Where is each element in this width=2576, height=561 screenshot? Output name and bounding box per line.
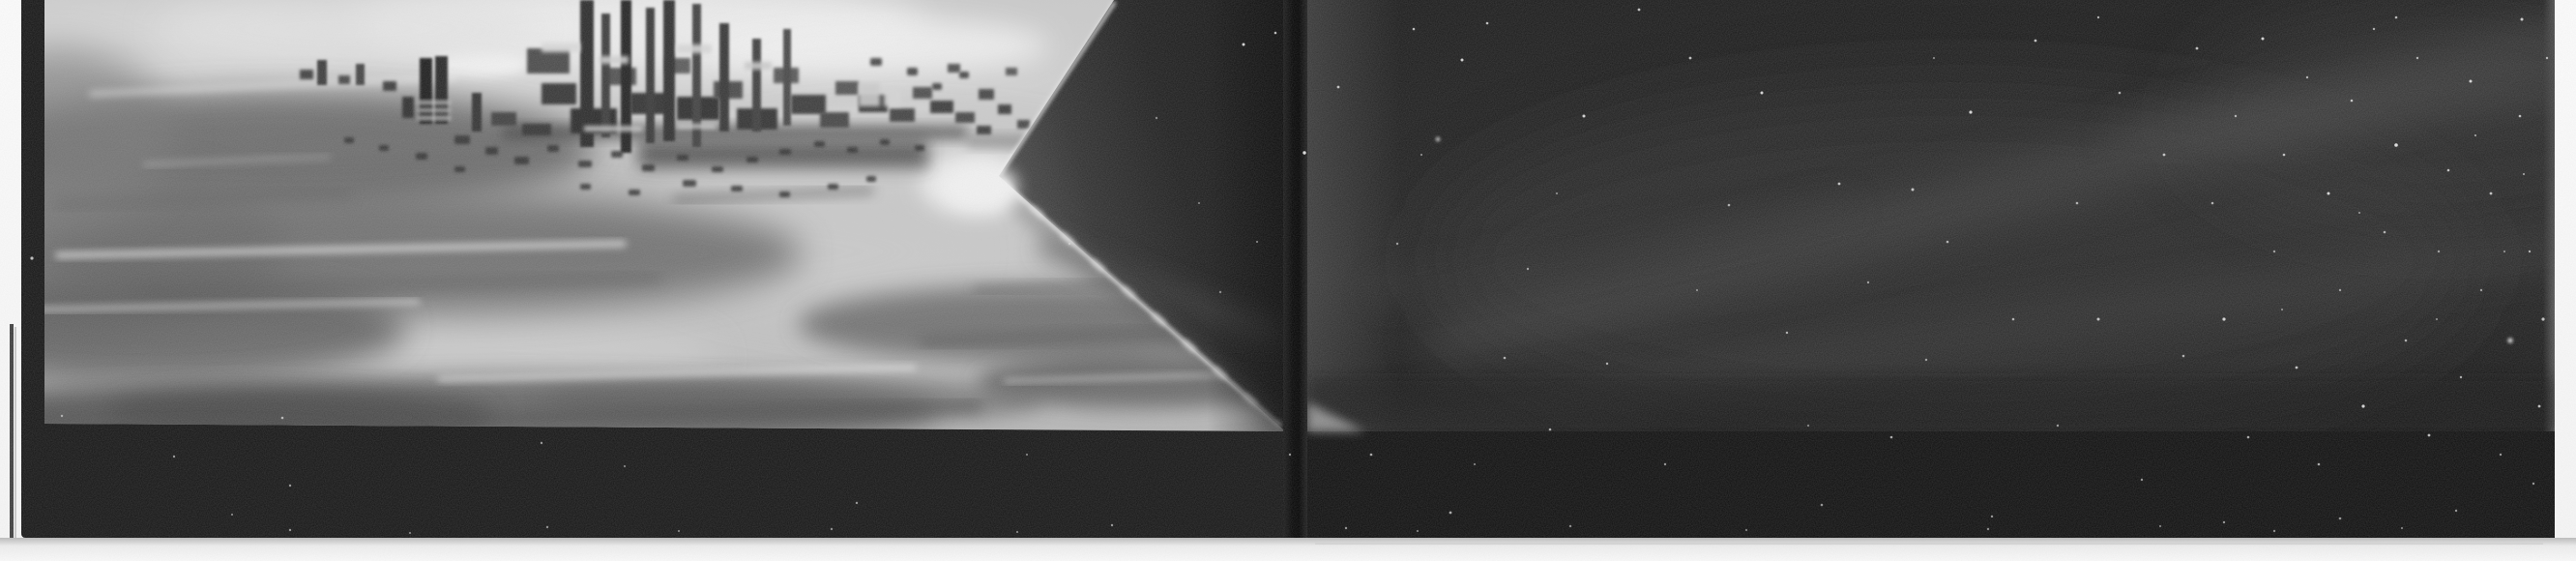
book-spread-scan	[0, 0, 2576, 561]
painting-canvas	[0, 0, 2576, 561]
film-grain-overlay	[0, 0, 2576, 561]
